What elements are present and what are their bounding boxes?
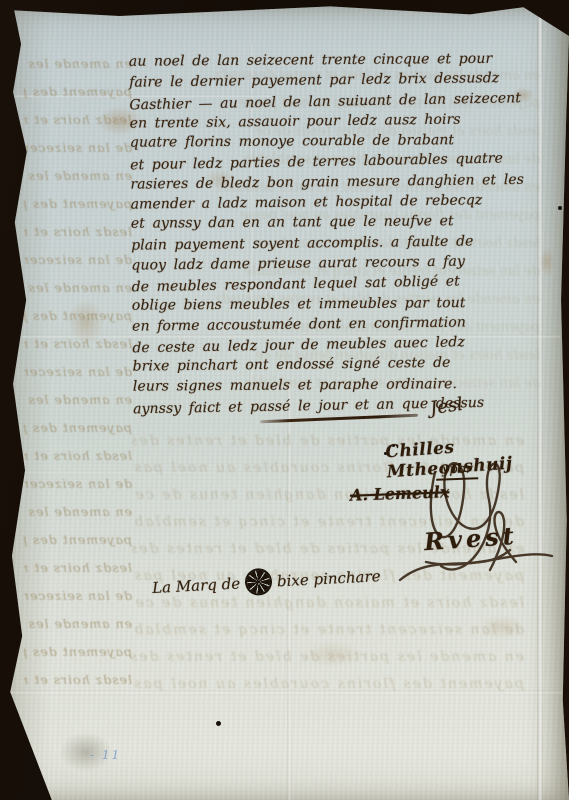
bleedthrough-line: de lan seizecent trente et cincq et semb…	[24, 470, 132, 498]
bleedthrough-line: lesdz hoirs et maison danghien tenus de …	[24, 666, 132, 694]
foxing-stain	[290, 634, 374, 674]
bleedthrough-line: de lan seizecent trente et cincq et semb…	[132, 617, 524, 644]
bleedthrough-line: en amende les parties de bled et rentes …	[24, 386, 132, 414]
signature-second-struck: A. Lemeulx	[350, 482, 450, 504]
fold-crease-left	[12, 470, 212, 474]
mark-line-suffix: bixe pinchare	[277, 567, 381, 590]
bleedthrough-line: lesdz hoirs et maison danghien tenus de …	[24, 218, 132, 246]
bleedthrough-line: en amende les parties de bled et rentes …	[24, 610, 132, 638]
bleedthrough-line: payement des florins courables au noel p…	[24, 638, 132, 666]
bleedthrough-line: en amende les parties de bled et rentes …	[24, 162, 132, 190]
bleedthrough-line: en amende les parties de bled et rentes …	[132, 644, 524, 671]
bleedthrough-line: payement des florins courables au noel p…	[24, 190, 132, 218]
manuscript-line: au noel de lan seizecent trente cincque …	[129, 48, 561, 72]
bleedthrough-line: en amende les parties de bled et rentes …	[24, 274, 132, 302]
bleedthrough-line: payement des florins courables au noel p…	[24, 526, 132, 554]
main-text-block: au noel de lan seizecent trente cincque …	[129, 47, 565, 418]
manuscript-line: oblige biens meubles et immeubles par to…	[132, 292, 564, 316]
foxing-stain	[60, 290, 112, 354]
manuscript-line: et aynssy dan en an tant que le neufve e…	[131, 211, 563, 235]
closing-word: Jesl	[429, 394, 464, 419]
bleedthrough-line: payement des florins courables au noel p…	[24, 414, 132, 442]
mark-line-prefix: La Marq de	[152, 574, 241, 597]
bleedthrough-line: de lan seizecent trente et cincq et semb…	[24, 246, 132, 274]
rosette-mark-icon	[246, 570, 270, 594]
foxing-stain	[470, 610, 534, 644]
bleedthrough-line: lesdz hoirs et maison danghien tenus de …	[24, 106, 132, 134]
bleedthrough-line: payement des florins courables au noel p…	[132, 671, 524, 698]
mark-line: La Marq de bixe pinchare	[152, 564, 382, 599]
bleedthrough-line: lesdz hoirs et maison danghien tenus de …	[24, 554, 132, 582]
bleedthrough-line: de lan seizecent trente et cincq et semb…	[24, 582, 132, 610]
photo-background: en amende les parties de bled et rentes …	[0, 0, 569, 800]
pencil-note: - 11	[90, 748, 121, 762]
ink-speck	[216, 721, 221, 726]
bleedthrough-left-margin: en amende les parties de bled et rentes …	[24, 50, 132, 702]
bleedthrough-line: lesdz hoirs et maison danghien tenus de …	[132, 482, 524, 509]
bleedthrough-line: payement des florins courables au noel p…	[24, 78, 132, 106]
bleedthrough-line: de lan seizecent trente et cincq et semb…	[24, 358, 132, 386]
signature-first-paraph: ypbr	[436, 461, 479, 480]
bleedthrough-line: en amende les parties de bled et rentes …	[24, 498, 132, 526]
manuscript-page: en amende les parties de bled et rentes …	[0, 0, 569, 800]
bleedthrough-line: de lan seizecent trente et cincq et semb…	[24, 134, 132, 162]
bleedthrough-line: lesdz hoirs et maison danghien tenus de …	[24, 330, 132, 358]
bleedthrough-line: en amende les parties de bled et rentes …	[24, 50, 132, 78]
signature-third: Rvest	[423, 521, 519, 556]
bleedthrough-line: payement des florins courables au noel p…	[24, 302, 132, 330]
fold-crease-bottom	[10, 690, 562, 695]
bleedthrough-line: lesdz hoirs et maison danghien tenus de …	[24, 442, 132, 470]
